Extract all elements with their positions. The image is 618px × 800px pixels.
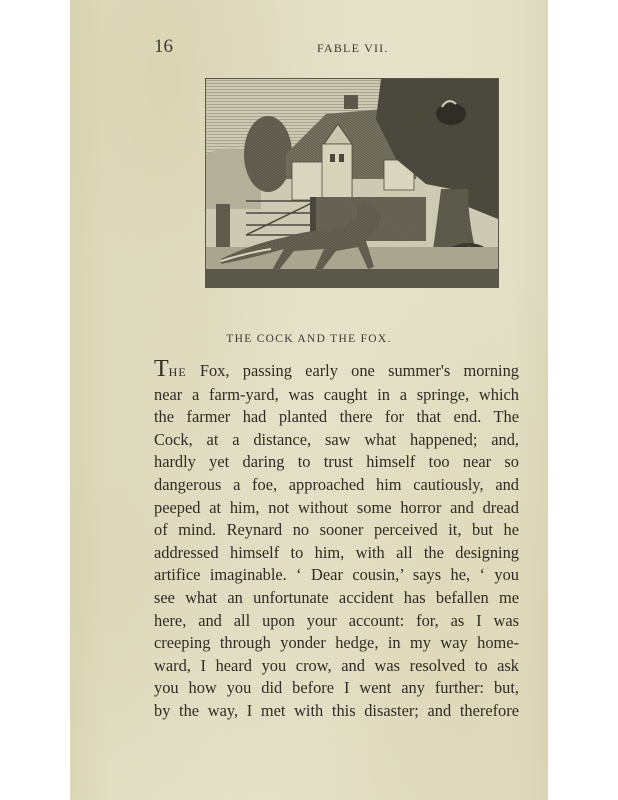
- engraving-illustration: [205, 78, 499, 288]
- text-line: of mind. Reynard no sooner perceived it,…: [154, 519, 519, 542]
- text-line: see what an unfortunate accident has bef…: [154, 587, 519, 610]
- text-line: near a farm-yard, was caught in a spring…: [154, 384, 519, 407]
- text-line: ward, I heard you crow, and was resolved…: [154, 655, 519, 678]
- small-caps: HE: [169, 365, 187, 379]
- text-line: you how you did before I went any furthe…: [154, 677, 519, 700]
- text-line: peeped at him, not without some horror a…: [154, 497, 519, 520]
- fox-and-cock-engraving-icon: [206, 79, 498, 287]
- opening-rest: Fox, passing early one summer's morning: [187, 361, 519, 380]
- text-line: artifice imaginable. ‘ Dear cousin,’ say…: [154, 564, 519, 587]
- fable-title: THE COCK AND THE FOX.: [70, 333, 548, 345]
- text-line: hardly yet daring to trust himself too n…: [154, 451, 519, 474]
- drop-cap: T: [154, 356, 169, 382]
- text-line: addressed himself to him, with all the d…: [154, 542, 519, 565]
- text-line: Cock, at a distance, saw what happened; …: [154, 429, 519, 452]
- text-line-opening: THE Fox, passing early one summer's morn…: [154, 360, 519, 384]
- fable-number: FABLE VII.: [317, 41, 389, 56]
- book-page: 16 FABLE VII.: [70, 0, 548, 800]
- fable-body-text: THE Fox, passing early one summer's morn…: [154, 360, 519, 723]
- text-line: dangerous a foe, approached him cautious…: [154, 474, 519, 497]
- text-line: here, and all upon your account: for, as…: [154, 610, 519, 633]
- page-number: 16: [154, 36, 173, 58]
- running-head: 16 FABLE VII.: [154, 38, 524, 58]
- text-line: creeping through yonder hedge, in my way…: [154, 632, 519, 655]
- text-line: the farmer had planted there for that en…: [154, 406, 519, 429]
- text-line: by the way, I met with this disaster; an…: [154, 700, 519, 723]
